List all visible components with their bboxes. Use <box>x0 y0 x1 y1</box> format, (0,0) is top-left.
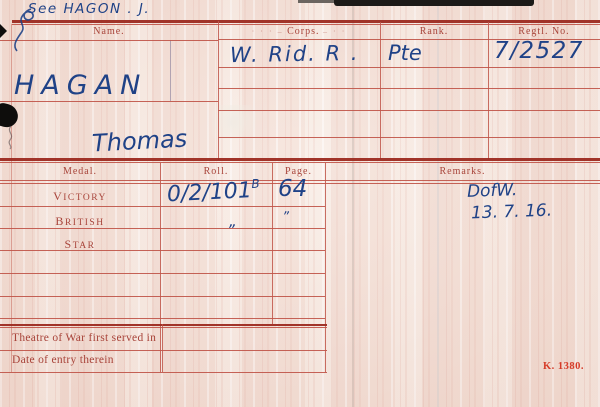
forename-entry: Thomas <box>91 125 187 158</box>
row-rule <box>218 88 600 89</box>
scan-edge-shadow <box>334 0 534 6</box>
roll-column-header: Roll. <box>160 166 272 177</box>
surname-entry: HAGAN <box>14 70 147 101</box>
page-entry-victory: 64 <box>278 176 307 202</box>
top-rule <box>12 20 600 23</box>
section-divider-thin <box>0 162 600 163</box>
corps-entry: W. Rid. R . <box>230 41 360 67</box>
footer-divider <box>162 324 163 372</box>
roll-number: 0/2/101 <box>166 178 252 207</box>
footer-row-rule <box>0 372 327 373</box>
corps-rank-divider <box>380 22 381 159</box>
corps-column-header: · · · – Corps. – · · <box>218 26 380 37</box>
section-divider <box>0 158 600 161</box>
medal-row-star: STAR <box>0 237 160 252</box>
table-bottom-rule-thin <box>0 327 327 328</box>
medal-index-card: See HAGON . J. Name. · · · – Corps. – · … <box>0 0 600 407</box>
name-corps-divider <box>218 21 219 160</box>
top-rule-thin <box>12 24 600 25</box>
footer-row-rule <box>0 350 327 351</box>
row-rule <box>0 318 325 319</box>
row-rule <box>218 67 600 68</box>
page-remarks-divider <box>325 163 326 372</box>
see-reference-note: See HAGON . J. <box>28 1 150 17</box>
medal-row-british: BRITISH <box>0 214 160 229</box>
rank-regtl-divider <box>488 22 489 159</box>
row-rule <box>218 137 600 138</box>
corps-leader-left: · · · – <box>252 27 284 36</box>
faint-vertical-rule <box>170 40 171 101</box>
corps-leader-right: – · · <box>323 27 346 36</box>
scan-crease <box>437 0 439 407</box>
table-bottom-rule <box>0 324 327 326</box>
form-reference-code: K. 1380. <box>543 361 584 372</box>
row-rule <box>0 206 325 207</box>
surname-underline <box>0 101 218 102</box>
corps-label: Corps. <box>287 26 319 37</box>
remarks-line-2: 13. 7. 16. <box>471 201 553 224</box>
row-rule <box>218 110 600 111</box>
regtl-no-entry: 7/2527 <box>494 38 584 64</box>
medal-roll-divider <box>160 163 161 372</box>
page-ditto-british: „ <box>284 202 291 217</box>
rank-entry: Pte <box>388 41 422 65</box>
medal-column-header: Medal. <box>0 166 160 177</box>
rank-column-header: Rank. <box>380 26 488 37</box>
row-rule <box>0 273 325 274</box>
remarks-line-1: DofW. <box>467 180 518 202</box>
pen-squiggle <box>4 6 40 54</box>
date-of-entry-label: Date of entry therein <box>12 354 114 366</box>
roll-number-suffix: B <box>251 177 260 191</box>
row-rule <box>0 296 325 297</box>
roll-ditto-british: „ <box>229 212 237 230</box>
remarks-column-header: Remarks. <box>325 166 600 177</box>
roll-page-divider <box>272 163 273 324</box>
theatre-of-war-label: Theatre of War first served in <box>12 332 156 344</box>
pencil-mark <box>4 124 22 150</box>
roll-entry-victory: 0/2/101B <box>166 178 260 208</box>
medal-row-victory: VICTORY <box>0 189 160 204</box>
scan-edge-shadow <box>298 0 338 3</box>
regtl-no-column-header: Regtl. No. <box>488 26 600 37</box>
